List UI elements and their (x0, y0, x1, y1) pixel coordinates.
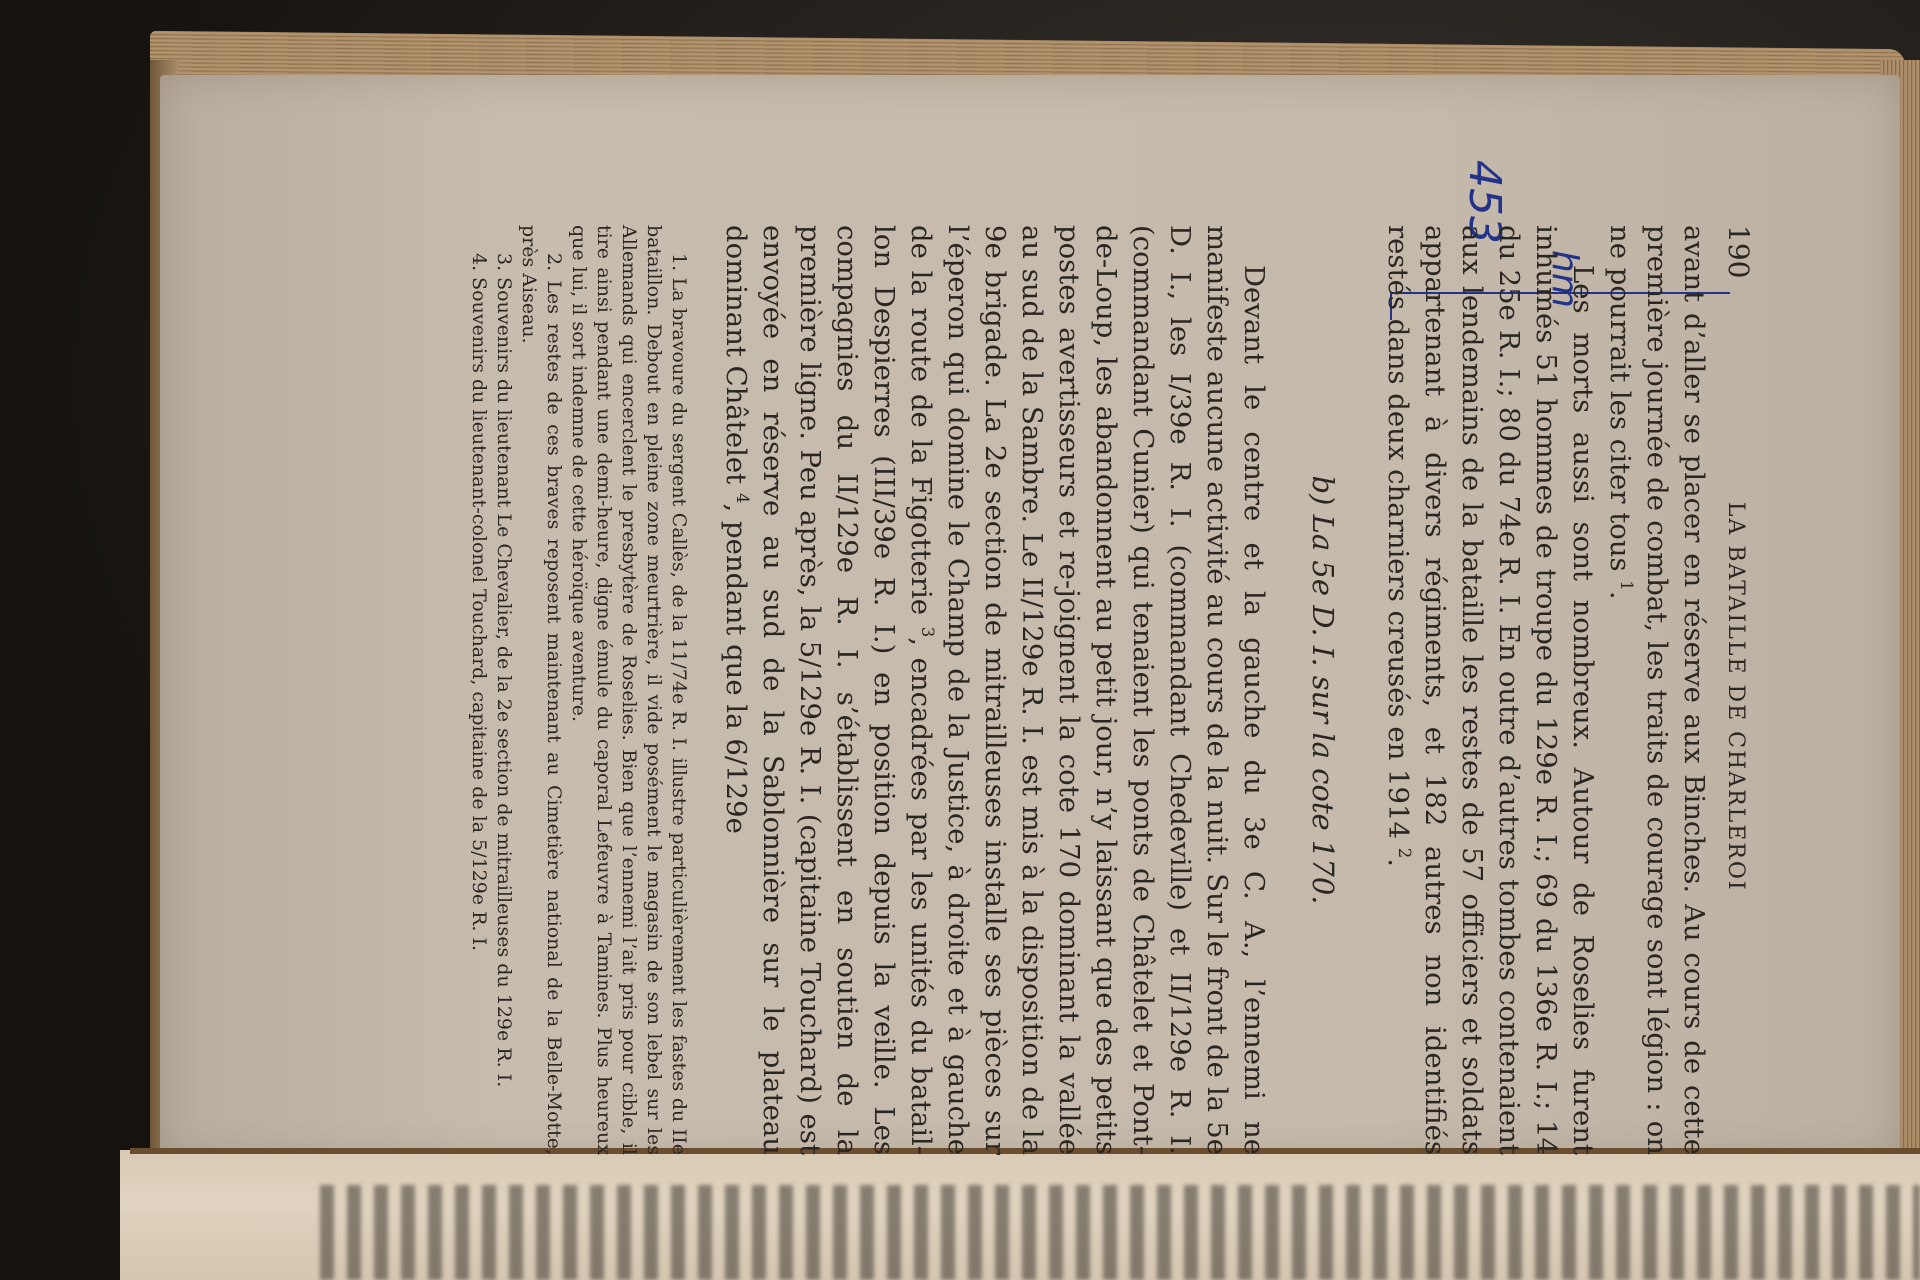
footnote-ref-4: 4 (733, 493, 752, 504)
footnote-1: 1. La bravoure du sergent Callès, de la … (566, 225, 691, 1155)
footnote-3: 3. Souvenirs du lieutenant Le Chevalier,… (491, 225, 516, 1155)
paragraph-2: Les morts aussi sont nombreux. Autour de… (1379, 225, 1601, 1155)
footnote-ref-2: 2 (1395, 848, 1414, 859)
footnote-ref-1: 1 (1617, 580, 1636, 591)
footnote-ref-3: 3 (918, 627, 937, 638)
footnote-4: 4. Souvenirs du lieutenant-colonel Touch… (466, 225, 491, 1155)
section-heading: b) La 5e D. I. sur la cote 170. (1304, 225, 1341, 1155)
body-text: avant d’aller se placer en réserve aux B… (717, 225, 1712, 1155)
footnotes: 1. La bravoure du sergent Callès, de la … (466, 225, 691, 1155)
facing-page-text-blurred (320, 1185, 1920, 1280)
footnote-2: 2. Les restes de ces braves reposent mai… (516, 225, 566, 1155)
paragraph-1: avant d’aller se placer en réserve aux B… (1601, 225, 1712, 1155)
running-title: LA BATAILLE DE CHARLEROI (1723, 278, 1748, 1155)
paragraph-3: Devant le centre et la gauche du 3e C. A… (717, 225, 1272, 1155)
page-text-block: 190 LA BATAILLE DE CHARLEROI avant d’all… (655, 225, 1755, 1155)
running-head: 190 LA BATAILLE DE CHARLEROI (1722, 225, 1755, 1155)
page-number: 190 (1722, 225, 1755, 278)
